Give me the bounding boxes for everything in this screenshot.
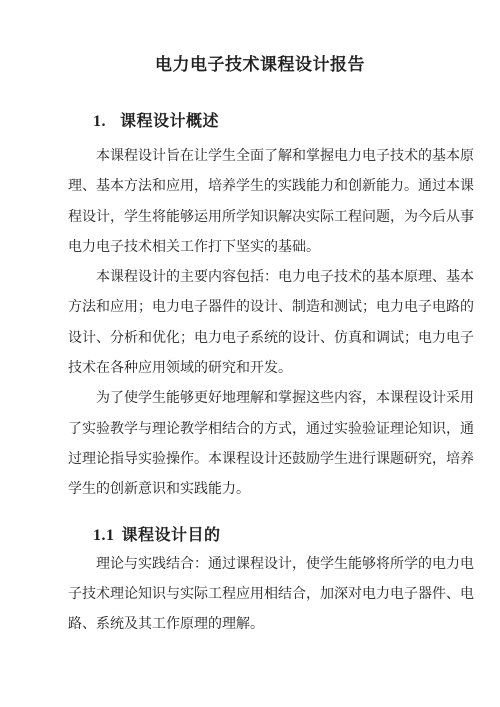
subsection-1-1-heading-text: 课程设计目的 <box>122 527 221 544</box>
paragraph-main-content: 本课程设计的主要内容包括：电力电子技术的基本原理、基本方法和应用；电力电子器件的… <box>68 263 478 384</box>
document-title: 电力电子技术课程设计报告 <box>68 54 452 76</box>
section-1-heading-text: 课程设计概述 <box>120 113 219 130</box>
paragraph-course-aim: 本课程设计旨在让学生全面了解和掌握电力电子技术的基本原理、基本方法和应用，培养学… <box>68 142 478 263</box>
subsection-1-1-number: 1.1 <box>93 525 115 547</box>
document-page: 电力电子技术课程设计报告 1.课程设计概述 本课程设计旨在让学生全面了解和掌握电… <box>0 0 500 707</box>
paragraph-design-purpose: 理论与实践结合：通过课程设计，使学生能够将所学的电力电子技术理论知识与实际工程应… <box>68 550 478 641</box>
section-1-number: 1. <box>93 111 106 133</box>
section-1-heading: 1.课程设计概述 <box>93 111 478 133</box>
paragraph-teaching-method: 为了使学生能够更好地理解和掌握这些内容，本课程设计采用了实验教学与理论教学相结合… <box>68 384 478 505</box>
subsection-1-1-heading: 1.1课程设计目的 <box>93 525 478 547</box>
